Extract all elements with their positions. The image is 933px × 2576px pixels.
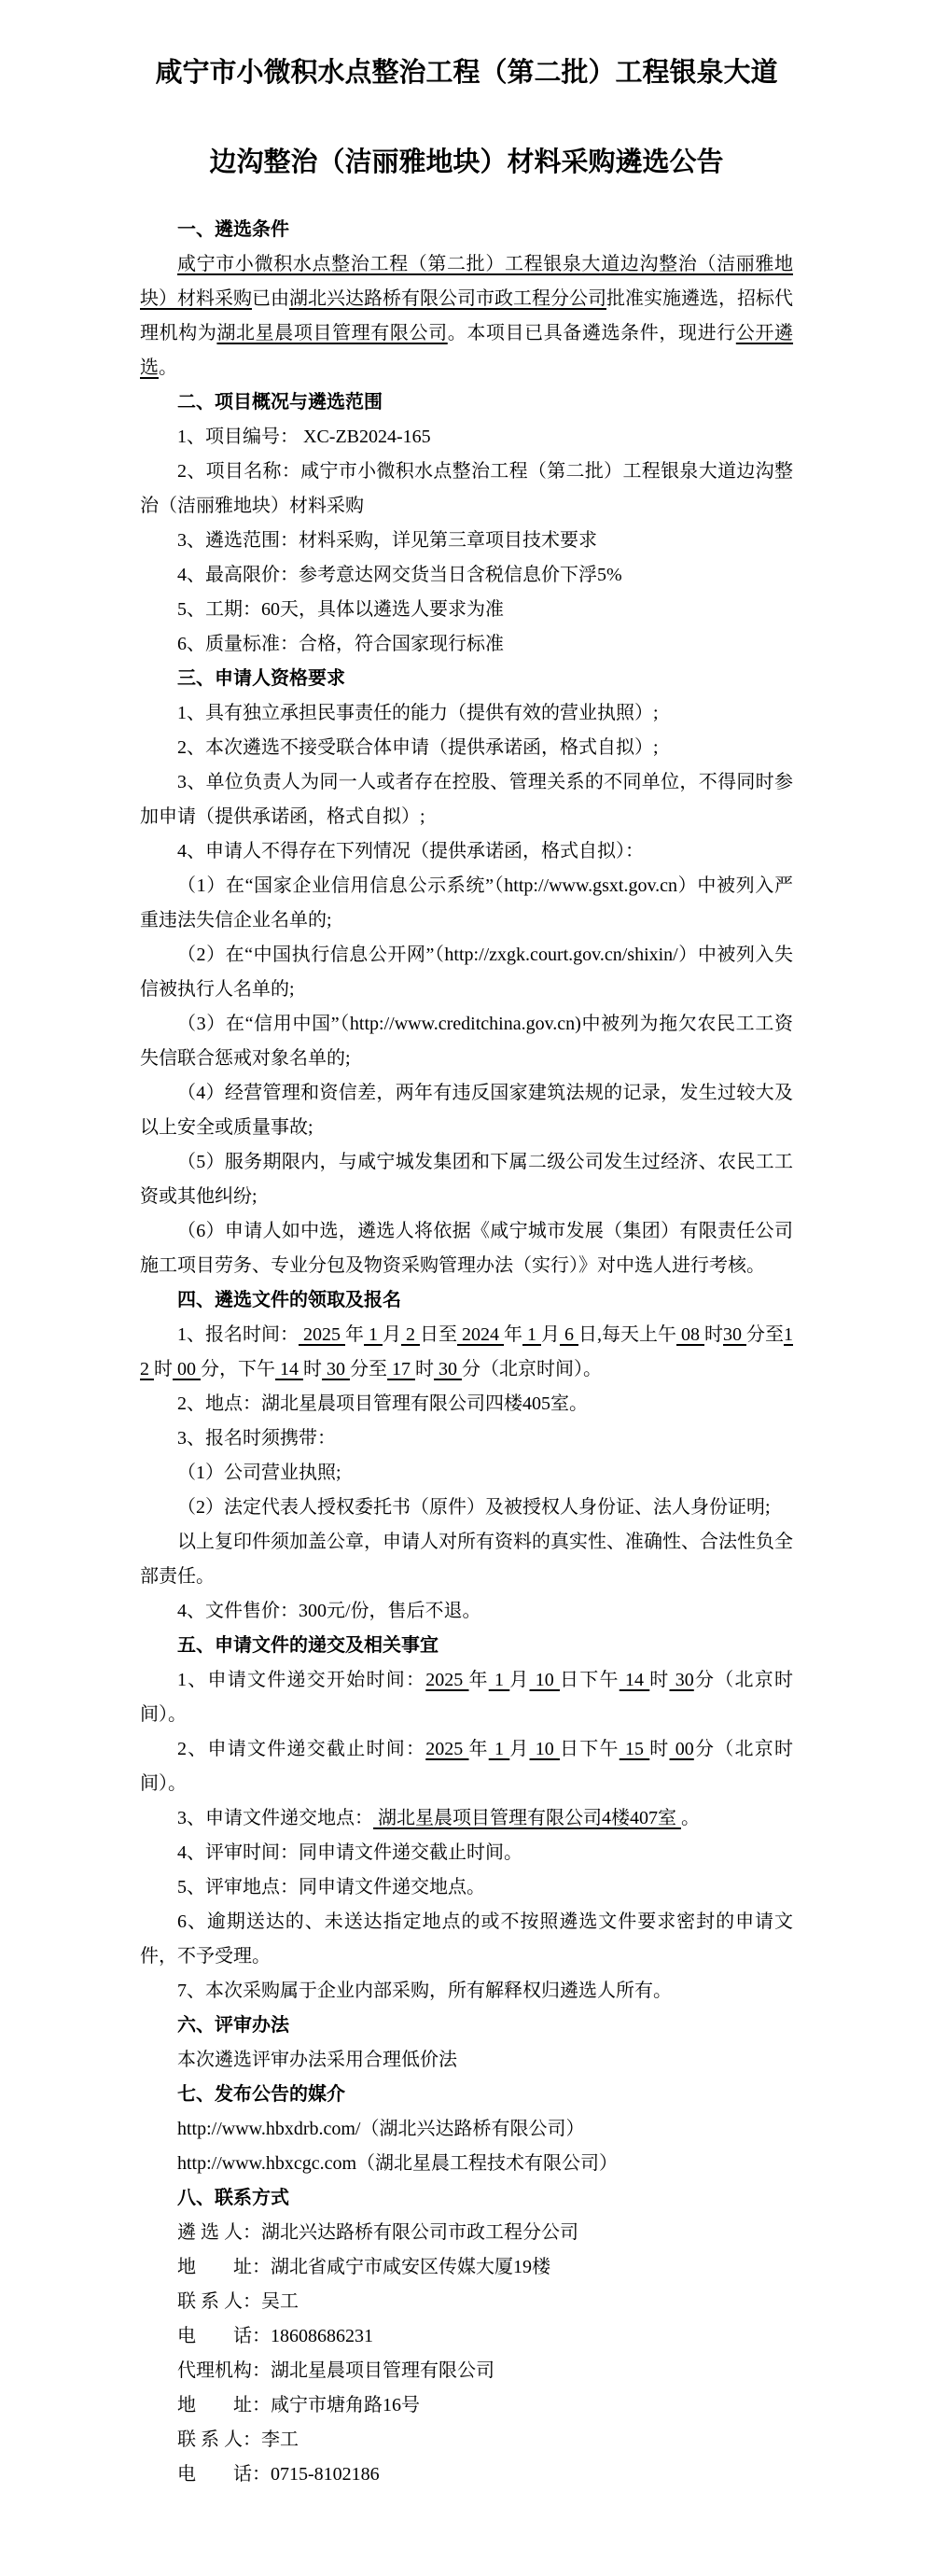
text-run: 。 <box>159 357 177 378</box>
review-method-paragraph: 本次遴选评审办法采用合理低价法 <box>140 2043 793 2078</box>
underlined-blank: 17 <box>387 1359 415 1379</box>
text-run: 年 <box>504 1324 522 1345</box>
underlined-text-run: 湖北兴达路桥有限公司市政工程分公司 <box>289 288 606 309</box>
qualification-subitem: （4）经营管理和资信差，两年有违反国家建筑法规的记录，发生过较大及以上安全或质量… <box>140 1076 793 1145</box>
signup-bring-subitem: （1）公司营业执照; <box>140 1456 793 1491</box>
underlined-blank: 1 <box>489 1739 510 1759</box>
section-4-heading: 四、遴选文件的领取及报名 <box>140 1283 793 1318</box>
contact-selector: 遴 选 人：湖北兴达路桥有限公司市政工程分公司 <box>140 2216 793 2250</box>
contact-selector-person: 联 系 人：吴工 <box>140 2285 793 2319</box>
text-run: 月 <box>383 1324 401 1345</box>
document-price-item: 4、文件售价：300元/份，售后不退。 <box>140 1594 793 1629</box>
underlined-blank: 2024 <box>457 1324 504 1345</box>
underlined-blank: 14 <box>275 1359 303 1379</box>
text-run: 时 <box>649 1739 669 1759</box>
text-run: 年 <box>469 1739 489 1759</box>
text-run: 时 <box>649 1670 669 1690</box>
text-run: 日下午 <box>560 1670 620 1690</box>
underlined-blank: 10 <box>530 1670 561 1690</box>
underlined-blank: 30 <box>670 1670 694 1690</box>
qualification-subitem: （6）申请人如中选，遴选人将依据《咸宁城市发展（集团）有限责任公司施工项目劳务、… <box>140 1214 793 1283</box>
contact-agency: 代理机构：湖北星晨项目管理有限公司 <box>140 2354 793 2388</box>
item-selection-scope: 3、遴选范围：材料采购，详见第三章项目技术要求 <box>140 524 793 558</box>
section-6-heading: 六、评审办法 <box>140 2009 793 2043</box>
underlined-blank: 2025 <box>425 1739 468 1759</box>
underlined-blank: 1 <box>522 1324 541 1345</box>
item-duration: 5、工期：60天，具体以遴选人要求为准 <box>140 593 793 627</box>
item-project-number: 1、项目编号： XC-ZB2024-165 <box>140 420 793 455</box>
text-run: 年 <box>345 1324 364 1345</box>
underlined-blank: 15 <box>620 1739 650 1759</box>
underlined-blank: 14 <box>620 1670 650 1690</box>
section-8-heading: 八、联系方式 <box>140 2181 793 2216</box>
media-url-hbxdrb: http://www.hbxdrb.com/（湖北兴达路桥有限公司） <box>140 2112 793 2147</box>
text-run: 时 <box>704 1324 723 1345</box>
submit-place-paragraph: 3、申请文件递交地点： 湖北星晨项目管理有限公司4楼407室 。 <box>140 1801 793 1836</box>
document-page: 咸宁市小微积水点整治工程（第二批）工程银泉大道 边沟整治（洁丽雅地块）材料采购遴… <box>140 0 793 2576</box>
section-5-heading: 五、申请文件的递交及相关事宜 <box>140 1629 793 1663</box>
signup-place-item: 2、地点：湖北星晨项目管理有限公司四楼405室。 <box>140 1387 793 1421</box>
section-2-heading: 二、项目概况与遴选范围 <box>140 385 793 420</box>
review-place-item: 5、评审地点：同申请文件递交地点。 <box>140 1870 793 1905</box>
text-run: 日至 <box>420 1324 457 1345</box>
text-run: 1、申请文件递交开始时间： <box>177 1670 425 1690</box>
title-line-2: 边沟整治（洁丽雅地块）材料采购遴选公告 <box>140 118 793 207</box>
signup-bring-subitem: （2）法定代表人授权委托书（原件）及被授权人身份证、法人身份证明; <box>140 1491 793 1525</box>
underlined-blank: 6 <box>560 1324 578 1345</box>
text-run: 年 <box>469 1670 489 1690</box>
text-run: 日下午 <box>560 1739 620 1759</box>
document-title: 咸宁市小微积水点整治工程（第二批）工程银泉大道 边沟整治（洁丽雅地块）材料采购遴… <box>140 28 793 207</box>
selection-conditions-paragraph: 咸宁市小微积水点整治工程（第二批）工程银泉大道边沟整治（洁丽雅地块）材料采购已由… <box>140 247 793 385</box>
contact-agency-phone: 电 话：0715-8102186 <box>140 2457 793 2492</box>
qualification-item: 1、具有独立承担民事责任的能力（提供有效的营业执照）; <box>140 696 793 731</box>
title-line-1: 咸宁市小微积水点整治工程（第二批）工程银泉大道 <box>140 28 793 118</box>
text-run: 2、申请文件递交截止时间： <box>177 1739 425 1759</box>
signup-time-paragraph: 1、报名时间： 2025 年 1 月 2 日至 2024 年 1 月 6 日,每… <box>140 1318 793 1387</box>
qualification-subitem: （1）在“国家企业信用信息公示系统”（http://www.gsxt.gov.c… <box>140 869 793 938</box>
section-1-heading: 一、遴选条件 <box>140 213 793 247</box>
contact-agency-person: 联 系 人：李工 <box>140 2423 793 2457</box>
item-price-limit: 4、最高限价：参考意达网交货当日含税信息价下浮5% <box>140 558 793 593</box>
text-run: 月 <box>509 1739 529 1759</box>
copies-note-paragraph: 以上复印件须加盖公章，申请人对所有资料的真实性、准确性、合法性负全部责任。 <box>140 1525 793 1594</box>
text-run: 构为 <box>178 323 216 343</box>
contact-selector-address: 地 址：湖北省咸宁市咸安区传媒大厦19楼 <box>140 2250 793 2285</box>
text-run: 时 <box>303 1359 322 1379</box>
text-run: 1、报名时间： <box>177 1324 299 1345</box>
section-7-heading: 七、发布公告的媒介 <box>140 2078 793 2112</box>
section-3-heading: 三、申请人资格要求 <box>140 662 793 696</box>
text-run: 月 <box>509 1670 529 1690</box>
text-run: 分至 <box>350 1359 387 1379</box>
text-run: 分（北京时间）。 <box>462 1359 602 1379</box>
text-run: 时 <box>154 1359 173 1379</box>
contact-agency-address: 地 址：咸宁市塘角路16号 <box>140 2388 793 2423</box>
underlined-blank: 30 <box>434 1359 462 1379</box>
item-quality-standard: 6、质量标准：合格，符合国家现行标准 <box>140 627 793 662</box>
submit-start-paragraph: 1、申请文件递交开始时间：2025 年 1 月 10 日下午 14 时 30分（… <box>140 1663 793 1732</box>
review-time-item: 4、评审时间：同申请文件递交截止时间。 <box>140 1836 793 1870</box>
item-project-name: 2、项目名称：咸宁市小微积水点整治工程（第二批）工程银泉大道边沟整治（洁丽雅地块… <box>140 455 793 524</box>
text-run: 分，下午 <box>201 1359 275 1379</box>
text-run: 3、申请文件递交地点： <box>177 1808 373 1828</box>
submit-end-paragraph: 2、申请文件递交截止时间：2025 年 1 月 10 日下午 15 时 00分（… <box>140 1732 793 1801</box>
qualification-subitem: （2）在“中国执行信息公开网”（http://zxgk.court.gov.cn… <box>140 938 793 1007</box>
underlined-blank: 00 <box>173 1359 201 1379</box>
underlined-blank: 08 <box>676 1324 704 1345</box>
underlined-blank: 2 <box>401 1324 420 1345</box>
text-run: 。本项目已具备遴选条件，现进行 <box>448 323 736 343</box>
internal-procurement-item: 7、本次采购属于企业内部采购，所有解释权归遴选人所有。 <box>140 1974 793 2009</box>
text-run: 时 <box>415 1359 434 1379</box>
underlined-blank: 30 <box>723 1324 746 1345</box>
underlined-blank: 00 <box>670 1739 694 1759</box>
media-url-hbxcgc: http://www.hbxcgc.com（湖北星晨工程技术有限公司） <box>140 2147 793 2181</box>
underlined-blank: 湖北星晨项目管理有限公司4楼407室 <box>373 1808 681 1828</box>
text-run: 。 <box>681 1808 700 1828</box>
contact-selector-phone: 电 话：18608686231 <box>140 2319 793 2354</box>
underlined-blank: 2025 <box>425 1670 468 1690</box>
qualification-subitem: （3）在“信用中国”（http://www.creditchina.gov.cn… <box>140 1007 793 1076</box>
signup-bring-item: 3、报名时须携带： <box>140 1421 793 1456</box>
qualification-subitem: （5）服务期限内，与咸宁城发集团和下属二级公司发生过经济、农民工工资或其他纠纷; <box>140 1145 793 1214</box>
underlined-blank: 2025 <box>299 1324 345 1345</box>
qualification-item: 2、本次遴选不接受联合体申请（提供承诺函，格式自拟）; <box>140 731 793 765</box>
text-run: 月 <box>541 1324 560 1345</box>
qualification-item: 3、单位负责人为同一人或者存在控股、管理关系的不同单位，不得同时参加申请（提供承… <box>140 765 793 834</box>
text-run: 已由 <box>252 288 289 309</box>
qualification-item: 4、申请人不得存在下列情况（提供承诺函，格式自拟）： <box>140 834 793 869</box>
underlined-blank: 1 <box>489 1670 510 1690</box>
underlined-blank: 1 <box>364 1324 383 1345</box>
text-run: 分至 <box>746 1324 784 1345</box>
underlined-text-run: 湖北星晨项目管理有限公司 <box>216 323 447 343</box>
underlined-blank: 30 <box>322 1359 350 1379</box>
underlined-blank: 10 <box>530 1739 561 1759</box>
late-delivery-item: 6、逾期送达的、未送达指定地点的或不按照遴选文件要求密封的申请文件，不予受理。 <box>140 1905 793 1974</box>
text-run: 日,每天上午 <box>578 1324 676 1345</box>
